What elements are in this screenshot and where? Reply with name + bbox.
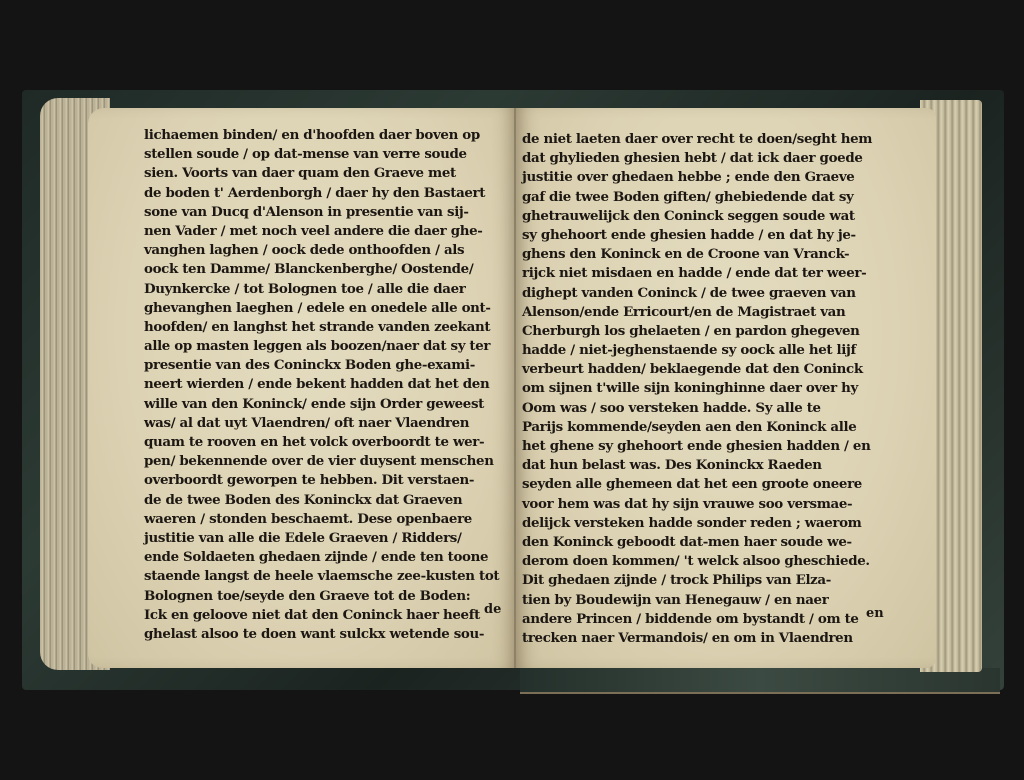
text-line: Ick en geloove niet dat den Coninck haer… xyxy=(144,606,504,625)
text-line: lichaemen binden/ en d'hoofden daer bove… xyxy=(144,126,504,145)
text-line: derom doen kommen/ 't welck alsoo ghesch… xyxy=(522,552,882,571)
text-line: alle op masten leggen als boozen/naer da… xyxy=(144,337,504,356)
text-line: waeren / stonden beschaemt. Dese openbae… xyxy=(144,510,504,529)
text-line: vanghen laghen / oock dede onthoofden / … xyxy=(144,241,504,260)
text-line: ghetrauwelijck den Coninck seggen soude … xyxy=(522,207,882,226)
text-line: delijck versteken hadde sonder reden ; w… xyxy=(522,514,882,533)
text-line: nen Vader / met noch veel andere die dae… xyxy=(144,222,504,241)
text-line: trecken naer Vermandois/ en om in Vlaend… xyxy=(522,629,882,648)
text-line: rijck niet misdaen en hadde / ende dat t… xyxy=(522,264,882,283)
text-line: tien by Boudewijn van Henegauw / en naer xyxy=(522,591,882,610)
text-line: het ghene sy ghehoort ende ghesien hadde… xyxy=(522,437,882,456)
text-line: oock ten Damme/ Blanckenberghe/ Oostende… xyxy=(144,260,504,279)
text-line: dat ghylieden ghesien hebt / dat ick dae… xyxy=(522,149,882,168)
text-line: sien. Voorts van daer quam den Graeve me… xyxy=(144,164,504,183)
text-line: verbeurt hadden/ beklaegende dat den Con… xyxy=(522,360,882,379)
text-line: Parijs kommende/seyden aen den Koninck a… xyxy=(522,418,882,437)
text-line: Bolognen toe/seyde den Graeve tot de Bod… xyxy=(144,587,504,606)
text-line: presentie van des Coninckx Boden ghe-exa… xyxy=(144,356,504,375)
text-line: neert wierden / ende bekent hadden dat h… xyxy=(144,375,504,394)
text-line: quam te rooven en het volck overboordt t… xyxy=(144,433,504,452)
text-line: sy ghehoort ende ghesien hadde / en dat … xyxy=(522,226,882,245)
text-line: de niet laeten daer over recht te doen/s… xyxy=(522,130,882,149)
text-line: andere Princen / biddende om bystandt / … xyxy=(522,610,882,629)
text-line: pen/ bekennende over de vier duysent men… xyxy=(144,452,504,471)
text-line: hadde / niet-jeghenstaende sy oock alle … xyxy=(522,341,882,360)
text-line: overboordt geworpen te hebben. Dit verst… xyxy=(144,471,504,490)
text-line: de de twee Boden des Koninckx dat Graeve… xyxy=(144,491,504,510)
text-line: Oom was / soo versteken hadde. Sy alle t… xyxy=(522,399,882,418)
text-line: justitie van alle die Edele Graeven / Ri… xyxy=(144,529,504,548)
text-line: wille van den Koninck/ ende sijn Order g… xyxy=(144,395,504,414)
text-line: ghevanghen laeghen / edele en onedele al… xyxy=(144,299,504,318)
text-line: Duynkercke / tot Bolognen toe / alle die… xyxy=(144,280,504,299)
text-line: ghelast alsoo te doen want sulckx wetend… xyxy=(144,625,504,644)
text-line: staende langst de heele vlaemsche zee-ku… xyxy=(144,567,504,586)
text-line: was/ al dat uyt Vlaendren/ oft naer Vlae… xyxy=(144,414,504,433)
left-page: lichaemen binden/ en d'hoofden daer bove… xyxy=(88,108,516,668)
text-line: gaf die twee Boden giften/ ghebiedende d… xyxy=(522,188,882,207)
text-line: de boden t' Aerdenborgh / daer hy den Ba… xyxy=(144,184,504,203)
right-page: de niet laeten daer over recht te doen/s… xyxy=(516,108,936,668)
text-line: hoofden/ en langhst het strande vanden z… xyxy=(144,318,504,337)
right-page-text: de niet laeten daer over recht te doen/s… xyxy=(522,130,882,648)
text-line: seyden alle ghemeen dat het een groote o… xyxy=(522,475,882,494)
text-line: Alenson/ende Erricourt/en de Magistraet … xyxy=(522,303,882,322)
text-line: stellen soude / op dat-mense van verre s… xyxy=(144,145,504,164)
text-line: sone van Ducq d'Alenson in presentie van… xyxy=(144,203,504,222)
text-line: ghens den Koninck en de Croone van Vranc… xyxy=(522,245,882,264)
text-line: voor hem was dat hy sijn vrauwe soo vers… xyxy=(522,495,882,514)
text-line: Dit ghedaen zijnde / trock Philips van E… xyxy=(522,571,882,590)
text-line: Cherburgh los ghelaeten / en pardon gheg… xyxy=(522,322,882,341)
text-line: om sijnen t'wille sijn koninghinne daer … xyxy=(522,379,882,398)
catchword: en xyxy=(866,606,884,621)
text-line: dat hun belast was. Des Koninckx Raeden xyxy=(522,456,882,475)
catchword: de xyxy=(484,602,501,617)
text-line: ende Soldaeten ghedaen zijnde / ende ten… xyxy=(144,548,504,567)
text-line: dighept vanden Coninck / de twee graeven… xyxy=(522,284,882,303)
left-page-text: lichaemen binden/ en d'hoofden daer bove… xyxy=(144,126,504,644)
text-line: justitie over ghedaen hebbe ; ende den G… xyxy=(522,168,882,187)
text-line: den Koninck geboodt dat-men haer soude w… xyxy=(522,533,882,552)
